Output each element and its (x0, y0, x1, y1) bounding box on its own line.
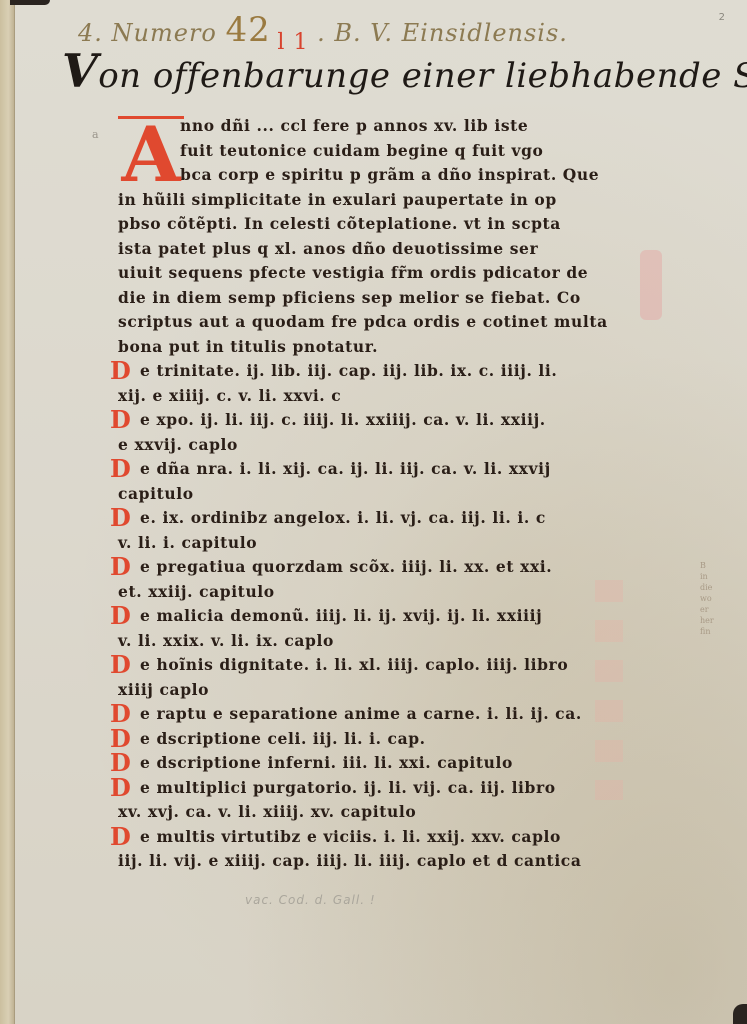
entry-line: e trinitate. ij. lib. iij. cap. iij. lib… (118, 359, 628, 384)
entry-line: xv. xvj. ca. v. li. xiiij. xv. capitulo (118, 800, 628, 825)
entry-line: e hoĩnis dignitate. i. li. xl. iiij. cap… (118, 653, 628, 678)
chapter-entry: D e. ix. ordinibz angelox. i. li. vj. ca… (118, 506, 628, 555)
rubric-initial-d: D (110, 555, 138, 579)
entry-line: v. li. xxix. v. li. ix. caplo (118, 629, 628, 654)
rubric-initial-d: D (110, 408, 138, 432)
entry-line: e dscriptione inferni. iii. li. xxi. cap… (118, 751, 628, 776)
entry-line: e raptu e separatione anime a carne. i. … (118, 702, 628, 727)
incipit-line: bona put in titulis pnotatur. (118, 335, 628, 360)
right-margin-faint-text: B in die wo er her fin (700, 560, 734, 637)
rubric-initial-d: D (110, 359, 138, 383)
incipit-line: bca corp e spiritu p grãm a dño inspirat… (118, 163, 628, 188)
rubric-initial-d: D (110, 776, 138, 800)
rubric-initial-d: D (110, 825, 138, 849)
ink-offset-stain (640, 250, 662, 320)
chapter-entry: D e pregatiua quorzdam scõx. iiij. li. x… (118, 555, 628, 604)
entry-line: e pregatiua quorzdam scõx. iiij. li. xx.… (118, 555, 628, 580)
pencil-annotation: vac. Cod. d. Gall. ! (245, 893, 376, 907)
faint-word: B (700, 560, 734, 571)
folio-number: 2 (719, 12, 725, 23)
entry-line: e. ix. ordinibz angelox. i. li. vj. ca. … (118, 506, 628, 531)
entry-line: e dña nra. i. li. xij. ca. ij. li. iij. … (118, 457, 628, 482)
rubric-initial-d: D (110, 653, 138, 677)
text-block: A nno dñi ... ccl fere p annos xv. lib i… (118, 114, 628, 874)
faint-word: wo (700, 593, 734, 604)
shelfmark-prefix: 4. Numero (78, 19, 217, 47)
incipit-line: uiuit sequens pfecte vestigia fr̃m ordis… (118, 261, 628, 286)
entry-line: e dscriptione celi. iij. li. i. cap. (118, 727, 628, 752)
chapter-entry: D e trinitate. ij. lib. iij. cap. iij. l… (118, 359, 628, 408)
rubric-initial-d: D (110, 702, 138, 726)
chapter-entry: D e dscriptione inferni. iii. li. xxi. c… (118, 751, 628, 776)
chapter-entry: D e multis virtutibz e viciis. i. li. xx… (118, 825, 628, 874)
faint-word: her (700, 615, 734, 626)
entry-line: v. li. i. capitulo (118, 531, 628, 556)
incipit-line: nno dñi ... ccl fere p annos xv. lib ist… (118, 114, 628, 139)
incipit-line: die in diem semp pficiens sep melior se … (118, 286, 628, 311)
entry-line: e malicia demonũ. iiij. li. ij. xvij. ij… (118, 604, 628, 629)
incipit-line: pbso cõtẽpti. In celesti cõteplatione. v… (118, 212, 628, 237)
incipit-paragraph: A nno dñi ... ccl fere p annos xv. lib i… (118, 114, 628, 359)
margin-mark: a (92, 128, 99, 141)
incipit-line: scriptus aut a quodam fre pdca ordis e c… (118, 310, 628, 335)
entry-line: xiiij caplo (118, 678, 628, 703)
page-title: Von offenbarunge einer liebhabende Seel (62, 44, 747, 98)
incipit-line: in hũili simplicitate in exulari paupert… (118, 188, 628, 213)
entry-line: et. xxiij. capitulo (118, 580, 628, 605)
title-text: on offenbarunge einer liebhabende Seel (98, 56, 747, 96)
top-edge-shadow (10, 0, 50, 5)
rubric-initial-d: D (110, 506, 138, 530)
chapter-entry: D e dña nra. i. li. xij. ca. ij. li. iij… (118, 457, 628, 506)
chapter-entry: D e hoĩnis dignitate. i. li. xl. iiij. c… (118, 653, 628, 702)
entry-line: e xpo. ij. li. iij. c. iiij. li. xxiiij.… (118, 408, 628, 433)
faint-word: in (700, 571, 734, 582)
faint-word: er (700, 604, 734, 615)
incipit-line: fuit teutonice cuidam begine q fuit vgo (118, 139, 628, 164)
chapter-entry: D e dscriptione celi. iij. li. i. cap. (118, 727, 628, 752)
entry-line: e xxvij. caplo (118, 433, 628, 458)
decorated-initial-a: A (118, 116, 184, 191)
rubric-initial-d: D (110, 751, 138, 775)
faint-word: die (700, 582, 734, 593)
entry-line: iij. li. vij. e xiiij. cap. iiij. li. ii… (118, 849, 628, 874)
faint-word: fin (700, 626, 734, 637)
chapter-entry: D e multiplici purgatorio. ij. li. vij. … (118, 776, 628, 825)
shelfmark-suffix: . B. V. Einsidlensis. (317, 19, 568, 47)
incipit-line: ista patet plus q xl. anos dño deuotissi… (118, 237, 628, 262)
corner-edge-shadow (733, 1004, 747, 1024)
entry-line: xij. e xiiij. c. v. li. xxvi. c (118, 384, 628, 409)
binding-gutter (0, 0, 15, 1024)
manuscript-page: 2 4. Numero 42 l 1 . B. V. Einsidlensis.… (0, 0, 747, 1024)
entry-line: e multis virtutibz e viciis. i. li. xxij… (118, 825, 628, 850)
rubric-initial-d: D (110, 604, 138, 628)
chapter-entry: D e malicia demonũ. iiij. li. ij. xvij. … (118, 604, 628, 653)
rubric-initial-d: D (110, 457, 138, 481)
rubric-initial-d: D (110, 727, 138, 751)
chapter-entry: D e xpo. ij. li. iij. c. iiij. li. xxiii… (118, 408, 628, 457)
entry-line: e multiplici purgatorio. ij. li. vij. ca… (118, 776, 628, 801)
chapter-entry: D e raptu e separatione anime a carne. i… (118, 702, 628, 727)
entry-line: capitulo (118, 482, 628, 507)
title-initial: V (62, 44, 98, 98)
